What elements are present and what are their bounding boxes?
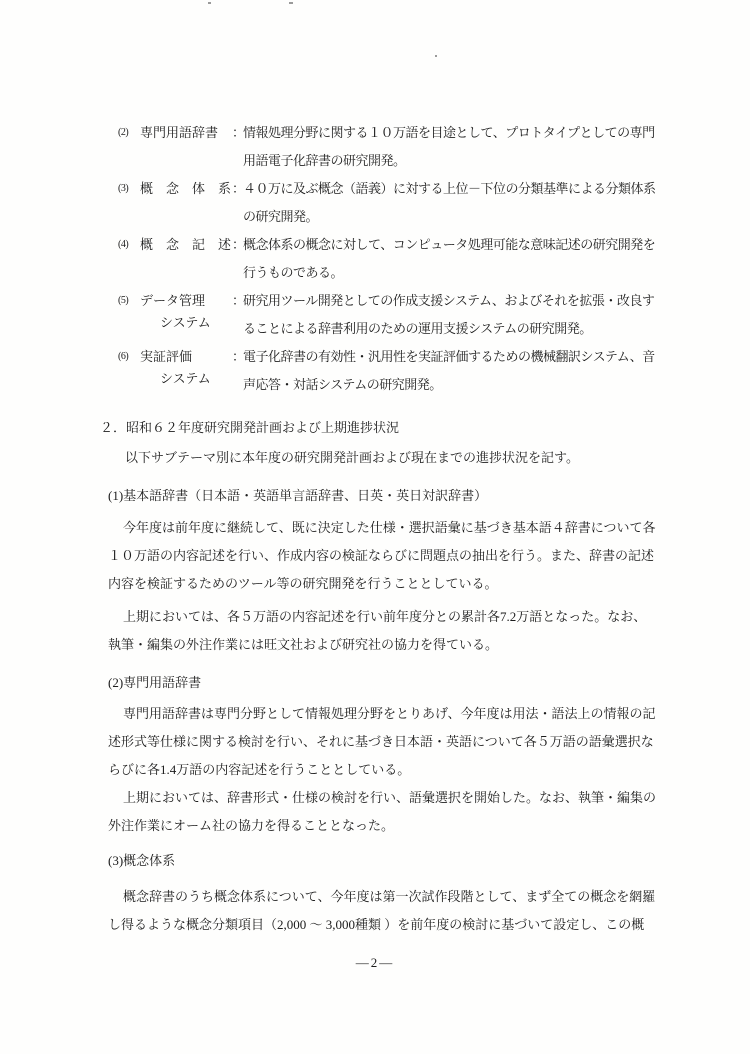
item-label: データ管理 システム [140,287,232,331]
paragraph: 今年度は前年度に継続して、既に決定した仕様・選択語彙に基づき基本語４辞書について… [108,514,655,598]
paragraph-line: 上期においては、各５万語の内容記述を行い前年度分との累計各7.2万語となった。な… [108,603,655,631]
paragraph-line: 外注作業にオーム社の協力を得ることとなった。 [108,812,655,840]
paragraph-line: 上期においては、辞書形式・仕様の検討を行い、語彙選択を開始した。なお、執筆・編集… [108,784,655,812]
description-line: の研究開発。 [243,203,656,231]
description-line: 用語電子化辞書の研究開発。 [243,147,655,175]
numbered-item-list: (2) 専門用語辞書 ： 情報処理分野に関する１０万語を目途として、プロトタイプ… [118,119,655,399]
item-label: 実証評価 システム [140,343,232,387]
paragraph-line: 概念辞書のうち概念体系について、今年度は第一次試作段階として、まず全ての概念を網… [108,883,655,911]
item-description: 概念体系の概念に対して、コンピュータ処理可能な意味記述の研究開発を 行うものであ… [243,231,655,287]
item-label: 概 念 体 系 [140,175,232,203]
description-line: 電子化辞書の有効性・汎用性を実証評価するための機械翻訳システム、音 [243,343,655,371]
item-description: 電子化辞書の有効性・汎用性を実証評価するための機械翻訳システム、音 声応答・対話… [243,343,655,399]
subsection-2-heading: (2)専門用語辞書 [108,669,750,697]
paragraph-line: し得るような概念分類項目（2,000 ～ 3,000種類 ）を前年度の検討に基づ… [108,911,655,939]
description-line: 概念体系の概念に対して、コンピュータ処理可能な意味記述の研究開発を [243,231,655,259]
scan-speckle [208,2,211,4]
paragraph: 上期においては、辞書形式・仕様の検討を行い、語彙選択を開始した。なお、執筆・編集… [108,784,655,840]
description-line: 行うものである。 [243,259,655,287]
paragraph: 専門用語辞書は専門分野として情報処理分野をとりあげ、今年度は用法・語法上の情報の… [108,700,655,784]
item-number: (2) [118,119,140,147]
section-2-intro: 以下サブテーマ別に本年度の研究開発計画および現在までの進捗状況を記す。 [125,444,750,472]
description-line: ４０万に及ぶ概念（語義）に対する上位－下位の分類基準による分類体系 [243,175,656,203]
description-line: 研究用ツール開発としての作成支援システム、およびそれを拡張・改良す [243,287,655,315]
section-2-heading: ２．昭和６２年度研究開発計画および上期進捗状況 [100,414,750,442]
paragraph-line: 内容を検証するためのツール等の研究開発を行うこととしている。 [108,570,655,598]
item-number: (3) [118,175,140,203]
list-item-5: (5) データ管理 システム ： 研究用ツール開発としての作成支援システム、およ… [118,287,655,343]
item-label: 専門用語辞書 [140,119,232,147]
scan-speckle [435,55,437,57]
paragraph: 上期においては、各５万語の内容記述を行い前年度分との累計各7.2万語となった。な… [108,603,655,659]
item-description: 情報処理分野に関する１０万語を目途として、プロトタイプとしての専門 用語電子化辞… [243,119,655,175]
item-colon: ： [232,287,243,315]
item-colon: ： [232,175,243,203]
item-number: (6) [118,343,140,371]
subsection-3-heading: (3)概念体系 [108,847,750,875]
document-page: (2) 専門用語辞書 ： 情報処理分野に関する１０万語を目途として、プロトタイプ… [0,0,750,1054]
list-item-6: (6) 実証評価 システム ： 電子化辞書の有効性・汎用性を実証評価するための機… [118,343,655,399]
paragraph: 概念辞書のうち概念体系について、今年度は第一次試作段階として、まず全ての概念を網… [108,883,655,939]
paragraph-line: 専門用語辞書は専門分野として情報処理分野をとりあげ、今年度は用法・語法上の情報の… [108,700,655,728]
paragraph-line: らびに各1.4万語の内容記述を行うこととしている。 [108,756,655,784]
item-label: 概 念 記 述 [140,231,232,259]
item-colon: ： [232,343,243,371]
paragraph-line: 今年度は前年度に継続して、既に決定した仕様・選択語彙に基づき基本語４辞書について… [108,514,655,542]
list-item-4: (4) 概 念 記 述 ： 概念体系の概念に対して、コンピュータ処理可能な意味記… [118,231,655,287]
item-colon: ： [232,119,243,147]
page-number: ―2― [0,949,750,977]
list-item-3: (3) 概 念 体 系 ： ４０万に及ぶ概念（語義）に対する上位－下位の分類基準… [118,175,655,231]
scan-speckle [289,2,293,4]
paragraph-line: 述形式等仕様に関する検討を行い、それに基づき日本語・英語について各５万語の語彙選… [108,728,655,756]
paragraph-line: １０万語の内容記述を行い、作成内容の検証ならびに問題点の抽出を行う。また、辞書の… [108,542,655,570]
list-item-2: (2) 専門用語辞書 ： 情報処理分野に関する１０万語を目途として、プロトタイプ… [118,119,655,175]
item-number: (4) [118,231,140,259]
item-description: ４０万に及ぶ概念（語義）に対する上位－下位の分類基準による分類体系 の研究開発。 [243,175,656,231]
description-line: 声応答・対話システムの研究開発。 [243,371,655,399]
subsection-1-heading: (1)基本語辞書（日本語・英語単言語辞書、日英・英日対訳辞書） [108,482,750,510]
description-line: ることによる辞書利用のための運用支援システムの研究開発。 [243,315,655,343]
description-line: 情報処理分野に関する１０万語を目途として、プロトタイプとしての専門 [243,119,655,147]
paragraph-line: 執筆・編集の外注作業には旺文社および研究社の協力を得ている。 [108,631,655,659]
item-number: (5) [118,287,140,315]
item-colon: ： [232,231,243,259]
item-description: 研究用ツール開発としての作成支援システム、およびそれを拡張・改良す ることによる… [243,287,655,343]
